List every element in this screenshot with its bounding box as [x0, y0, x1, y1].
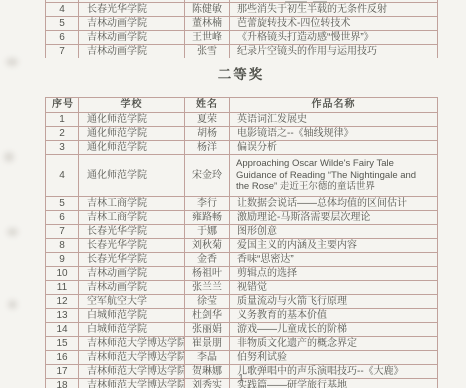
header-name: 姓名 — [185, 98, 230, 113]
second-prize-table: 序号 学校 姓名 作品名称 1 通化师范学院 夏荣 英语词汇发展史 2 通化师范… — [45, 97, 438, 388]
cell-school: 吉林动画学院 — [79, 31, 185, 45]
table-row: 16 吉林师范大学博达学院 李晶 伯努利试验 — [46, 351, 438, 365]
cell-work-title: 义务教育的基本价值 — [230, 309, 438, 323]
scan-smudge — [4, 152, 14, 162]
cell-work-title: 那些消失于初生半载的无条件反射 — [230, 3, 438, 17]
clipped-text-fragment — [313, 1, 327, 3]
cell-work-title: 香味“思密达” — [230, 253, 438, 267]
table-row: 7 长春光华学院 于娜 图形创意 — [46, 225, 438, 239]
cell-name: 张雪 — [185, 45, 230, 59]
cell-work-title: 质量流动与火箭飞行原理 — [230, 295, 438, 309]
cell-school: 白城师范学院 — [79, 309, 185, 323]
cell-name: 金香 — [185, 253, 230, 267]
cell-work-title: 爱国主义的内涵及主要内容 — [230, 239, 438, 253]
cell-index: 5 — [46, 17, 79, 31]
second-prize-heading: 二等奖 — [45, 63, 437, 83]
scan-smudge — [6, 58, 18, 66]
first-prize-table: 4 长春光华学院 陈健敏 那些消失于初生半载的无条件反射 5 吉林动画学院 董林… — [45, 0, 438, 58]
table-row: 4 通化师范学院 宋金玲 Approaching Oscar Wilde's F… — [46, 155, 438, 197]
cell-name: 董林楠 — [185, 17, 230, 31]
cell-school: 吉林动画学院 — [79, 267, 185, 281]
cell-name: 王世峰 — [185, 31, 230, 45]
cell-school: 通化师范学院 — [79, 141, 185, 155]
cell-school: 吉林动画学院 — [79, 45, 185, 59]
cell-index: 4 — [46, 155, 79, 197]
cell-work-title: 《升格镜头打造动感“慢世界”》 — [230, 31, 438, 45]
cell-name: 于娜 — [185, 225, 230, 239]
cell-school: 吉林工商学院 — [79, 197, 185, 211]
cell-name: 李行 — [185, 197, 230, 211]
cell-name: 夏荣 — [185, 113, 230, 127]
cell-school: 通化师范学院 — [79, 113, 185, 127]
cell-school: 通化师范学院 — [79, 127, 185, 141]
cell-work-title: 让数据会说话——总体均值的区间估计 — [230, 197, 438, 211]
cell-name: 徐莹 — [185, 295, 230, 309]
cell-index: 14 — [46, 323, 79, 337]
cell-index: 1 — [46, 113, 79, 127]
cell-index: 2 — [46, 127, 79, 141]
table-row: 15 吉林师范大学博达学院 崔景朋 非物质文化遗产的概念界定 — [46, 337, 438, 351]
scanned-award-document: 4 长春光华学院 陈健敏 那些消失于初生半载的无条件反射 5 吉林动画学院 董林… — [0, 0, 466, 388]
header-school: 学校 — [79, 98, 185, 113]
header-work-title: 作品名称 — [230, 98, 438, 113]
table-row: 5 吉林动画学院 董林楠 芭蕾旋转技术-四位转技术 — [46, 17, 438, 31]
cell-name: 张丽娟 — [185, 323, 230, 337]
cell-school: 吉林师范大学博达学院 — [79, 337, 185, 351]
cell-index: 6 — [46, 211, 79, 225]
first-prize-table-clipped: 4 长春光华学院 陈健敏 那些消失于初生半载的无条件反射 5 吉林动画学院 董林… — [45, 0, 439, 58]
cell-name: 崔景朋 — [185, 337, 230, 351]
cell-work-title: 非物质文化遗产的概念界定 — [230, 337, 438, 351]
cell-work-title: 纪录片空镜头的作用与运用技巧 — [230, 45, 438, 59]
cell-name: 杜剑华 — [185, 309, 230, 323]
cell-index: 7 — [46, 45, 79, 59]
cell-work-title: 英语词汇发展史 — [230, 113, 438, 127]
cell-index: 12 — [46, 295, 79, 309]
table-row: 6 吉林动画学院 王世峰 《升格镜头打造动感“慢世界”》 — [46, 31, 438, 45]
cell-work-title: 图形创意 — [230, 225, 438, 239]
cell-school: 长春光华学院 — [79, 253, 185, 267]
cell-index: 5 — [46, 197, 79, 211]
cell-school: 长春光华学院 — [79, 3, 185, 17]
cell-name: 李晶 — [185, 351, 230, 365]
scan-smudge — [7, 228, 18, 236]
cell-name: 宋金玲 — [185, 155, 230, 197]
cell-index: 8 — [46, 239, 79, 253]
cell-name: 刘秋菊 — [185, 239, 230, 253]
cell-name: 杨洋 — [185, 141, 230, 155]
table-row: 3 通化师范学院 杨洋 偏误分析 — [46, 141, 438, 155]
cell-index: 13 — [46, 309, 79, 323]
header-index: 序号 — [46, 98, 79, 113]
cell-index: 6 — [46, 31, 79, 45]
cell-work-title: 电影镜语之--《轴线规律》 — [230, 127, 438, 141]
cell-index: 7 — [46, 225, 79, 239]
table-row: 7 吉林动画学院 张雪 纪录片空镜头的作用与运用技巧 — [46, 45, 438, 59]
cell-work-title: 偏误分析 — [230, 141, 438, 155]
cell-name: 杨祖叶 — [185, 267, 230, 281]
table-row: 8 长春光华学院 刘秋菊 爱国主义的内涵及主要内容 — [46, 239, 438, 253]
cell-work-title: 游戏——儿童成长的阶梯 — [230, 323, 438, 337]
cell-work-title: 伯努利试验 — [230, 351, 438, 365]
table-row: 5 吉林工商学院 李行 让数据会说话——总体均值的区间估计 — [46, 197, 438, 211]
table-row: 10 吉林动画学院 杨祖叶 剪辑点的选择 — [46, 267, 438, 281]
cell-name: 雍路畅 — [185, 211, 230, 225]
table-row: 13 白城师范学院 杜剑华 义务教育的基本价值 — [46, 309, 438, 323]
cell-index: 4 — [46, 3, 79, 17]
cell-school: 吉林工商学院 — [79, 211, 185, 225]
cell-index: 11 — [46, 281, 79, 295]
cell-index: 3 — [46, 141, 79, 155]
cell-work-title: Approaching Oscar Wilde's Fairy Tale Gui… — [230, 155, 438, 197]
cell-index: 10 — [46, 267, 79, 281]
cell-work-title: 芭蕾旋转技术-四位转技术 — [230, 17, 438, 31]
cell-name: 胡杨 — [185, 127, 230, 141]
cell-school: 长春光华学院 — [79, 239, 185, 253]
cell-school: 白城师范学院 — [79, 323, 185, 337]
table-row: 11 吉林动画学院 张兰兰 视错觉 — [46, 281, 438, 295]
cell-school: 长春光华学院 — [79, 225, 185, 239]
cell-index: 15 — [46, 337, 79, 351]
cell-school: 吉林动画学院 — [79, 281, 185, 295]
cell-work-title: 视错觉 — [230, 281, 438, 295]
table-row: 9 长春光华学院 金香 香味“思密达” — [46, 253, 438, 267]
table-row: 12 空军航空大学 徐莹 质量流动与火箭飞行原理 — [46, 295, 438, 309]
table-header-row: 序号 学校 姓名 作品名称 — [46, 98, 438, 113]
cell-school: 吉林师范大学博达学院 — [79, 351, 185, 365]
cell-index: 9 — [46, 253, 79, 267]
cell-school: 吉林动画学院 — [79, 17, 185, 31]
table-row: 4 长春光华学院 陈健敏 那些消失于初生半载的无条件反射 — [46, 3, 438, 17]
cell-school: 通化师范学院 — [79, 155, 185, 197]
table-row: 14 白城师范学院 张丽娟 游戏——儿童成长的阶梯 — [46, 323, 438, 337]
clipped-text-fragment — [285, 1, 307, 3]
scan-smudge — [8, 300, 17, 309]
cell-name: 陈健敏 — [185, 3, 230, 17]
table-row: 6 吉林工商学院 雍路畅 激励理论-马斯洛需要层次理论 — [46, 211, 438, 225]
cell-name: 张兰兰 — [185, 281, 230, 295]
page-number: 1 — [45, 373, 437, 384]
cell-school: 空军航空大学 — [79, 295, 185, 309]
table-row: 1 通化师范学院 夏荣 英语词汇发展史 — [46, 113, 438, 127]
cell-index: 16 — [46, 351, 79, 365]
table-row: 2 通化师范学院 胡杨 电影镜语之--《轴线规律》 — [46, 127, 438, 141]
cell-work-title: 激励理论-马斯洛需要层次理论 — [230, 211, 438, 225]
cell-work-title: 剪辑点的选择 — [230, 267, 438, 281]
